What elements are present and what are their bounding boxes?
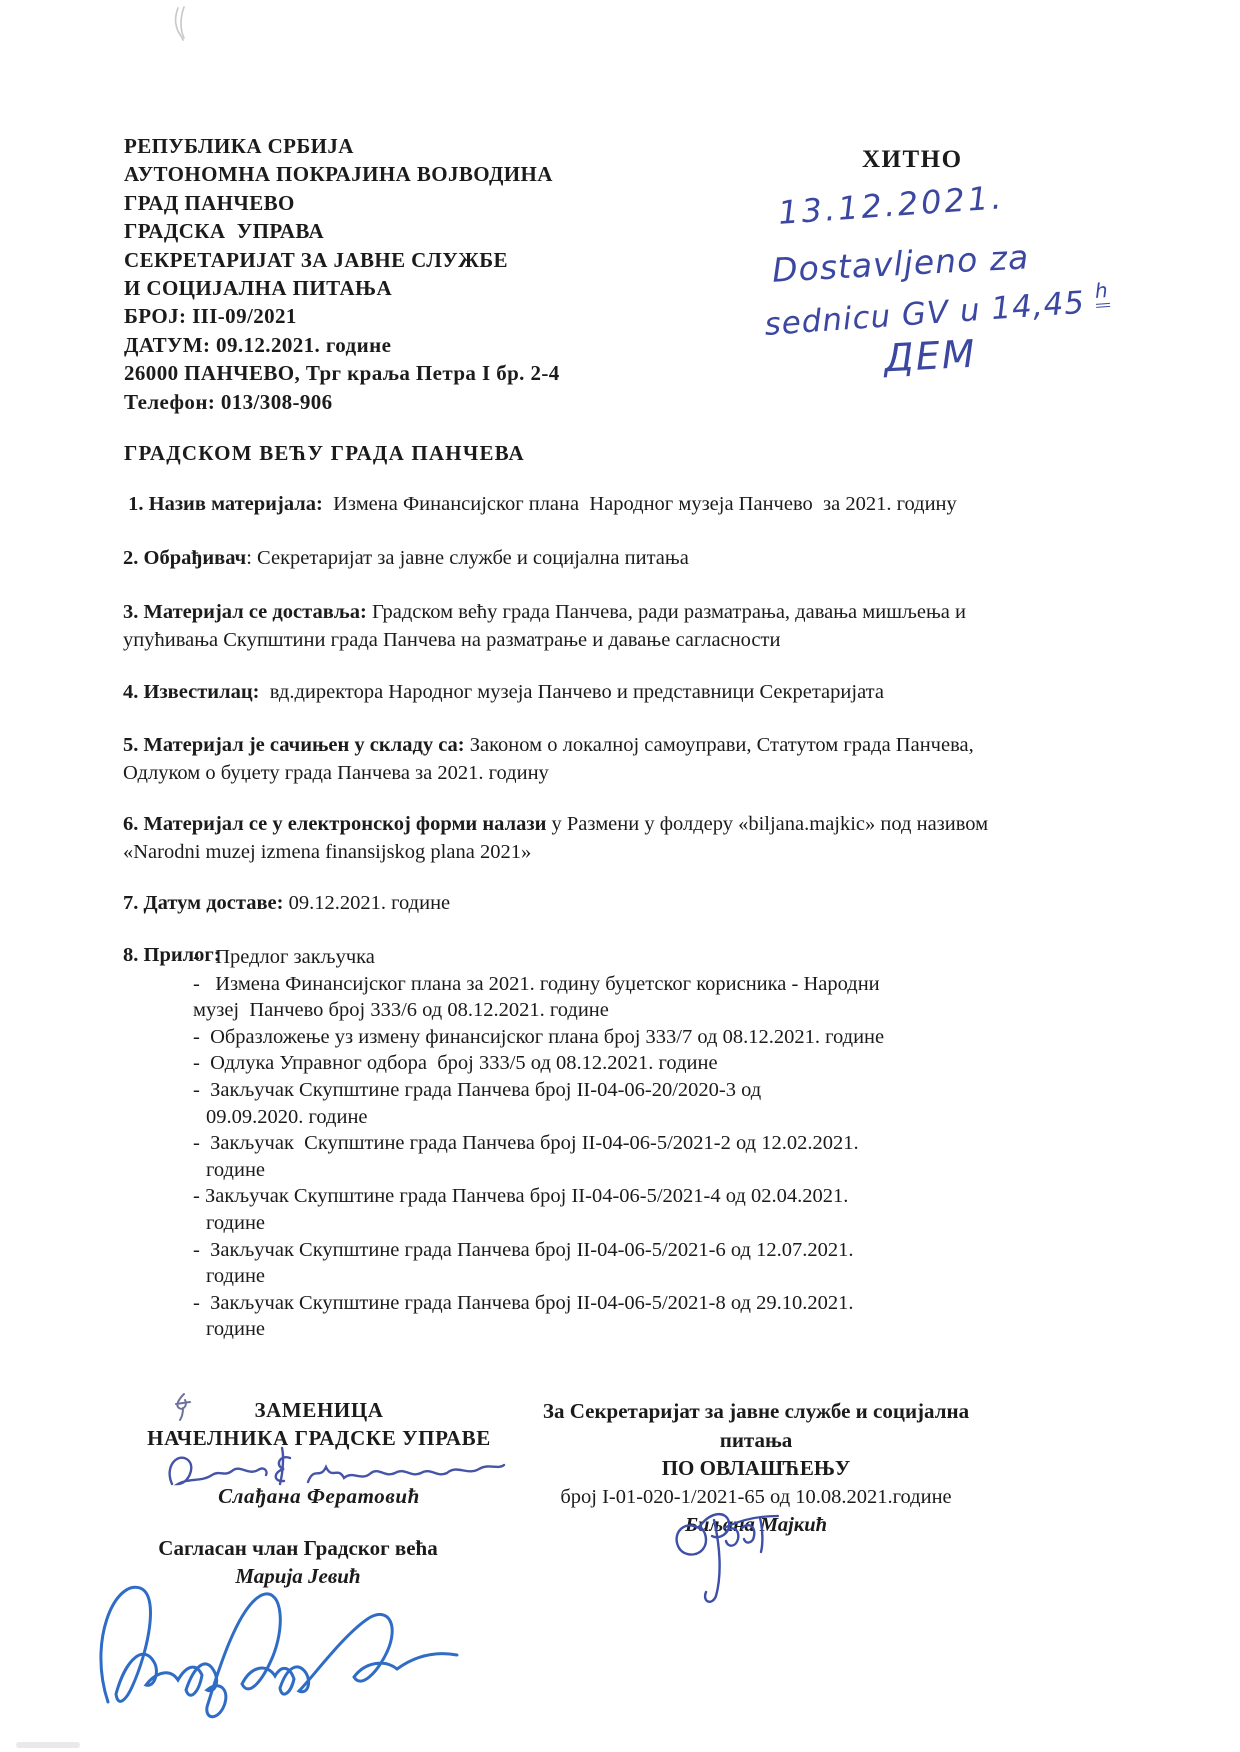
letterhead-line: ГРАД ПАНЧЕВО — [124, 189, 744, 217]
attachment-text: - Измена Финансијског плана за 2021. год… — [193, 973, 880, 995]
attachment-text: - Закључак Скупштине града Панчева број … — [193, 1292, 853, 1314]
item-5-text-line2: Одлуком о буџету града Панчева за 2021. … — [123, 760, 1135, 788]
handwritten-hour-superscript: h — [1094, 278, 1110, 308]
item-2-label: 2. Обрађивач — [123, 547, 246, 569]
item-2-text: : Секретаријат за јавне службе и социјал… — [246, 547, 689, 569]
scan-smudge — [16, 1742, 80, 1748]
item-3-delivered-to: 3. Материјал се доставља: Градском већу … — [123, 599, 1135, 654]
attachment-item: - Закључак Скупштине града Панчева број … — [193, 1183, 1143, 1236]
letterhead-line: И СОЦИЈАЛНА ПИТАЊА — [124, 274, 744, 302]
attachment-text: - Закључак Скупштине града Панчева број … — [193, 1185, 848, 1207]
attachments-list: - Предлог закључка - Измена Финансијског… — [193, 944, 1143, 1343]
secretariat-for-line: За Секретаријат за јавне службе и соција… — [536, 1397, 976, 1454]
item-4-label: 4. Известилац: — [123, 681, 259, 703]
deputy-signature — [162, 1444, 508, 1496]
item-7-delivery-date: 7. Датум доставе: 09.12.2021. године — [123, 890, 1135, 918]
item-6-electronic-form: 6. Материјал се у електронској форми нал… — [123, 811, 1135, 866]
attachment-text: - Закључак Скупштине града Панчева број … — [193, 1079, 761, 1101]
item-3-label: 3. Материјал се доставља: — [123, 601, 367, 623]
attachment-item: - Закључак Скупштине града Панчева број … — [193, 1077, 1143, 1130]
attachment-item: - Закључак Скупштине града Панчева број … — [193, 1237, 1143, 1290]
attachment-text: - Предлог закључка — [193, 946, 375, 968]
attachment-text: - Закључак Скупштине града Панчева број … — [193, 1239, 853, 1261]
attachment-text-cont: године — [193, 1263, 1143, 1290]
item-1-label: 1. Назив материјала: — [123, 493, 323, 515]
letterhead-line: РЕПУБЛИКА СРБИЈА — [124, 132, 744, 160]
item-1-text: Измена Финансијског плана Народног музеј… — [323, 493, 957, 515]
item-5-legal-basis: 5. Материјал је сачињен у складу са: Зак… — [123, 732, 1135, 787]
item-4-text: вд.директора Народног музеја Панчево и п… — [259, 681, 883, 703]
item-6-label: 6. Материјал се у електронској форми нал… — [123, 813, 546, 835]
attachment-text: - Образложење уз измену финансијског пла… — [193, 1026, 884, 1048]
attachment-item: - Одлука Управног одбора број 333/5 од 0… — [193, 1050, 1143, 1077]
item-6-text-line2: «Narodni muzej izmena finansijskog plana… — [123, 839, 1135, 867]
authorized-signature — [668, 1502, 788, 1606]
attachment-item: - Закључак Скупштине града Панчева број … — [193, 1130, 1143, 1183]
item-7-text: 09.12.2021. године — [283, 892, 450, 914]
item-3-text-line2: упућивања Скупштини града Панчева на раз… — [123, 627, 1135, 655]
attachment-text-cont: музеј Панчево број 333/6 од 08.12.2021. … — [193, 997, 1143, 1024]
letterhead-line-number: БРОЈ: III-09/2021 — [124, 302, 744, 330]
letterhead-line-phone: Телефон: 013/308-906 — [124, 388, 744, 416]
attachment-item: - Предлог закључка — [193, 944, 1143, 971]
attachment-text-cont: године — [193, 1157, 1143, 1184]
scanned-document-page: РЕПУБЛИКА СРБИЈА АУТОНОМНА ПОКРАЈИНА ВОЈ… — [0, 0, 1240, 1752]
item-1-material-name: 1. Назив материјала: Измена Финансијског… — [123, 491, 1135, 519]
attachment-text-cont: године — [193, 1210, 1143, 1237]
council-member-signature — [86, 1572, 466, 1732]
agreement-title: Сагласан члан Градског већа — [158, 1536, 437, 1560]
letterhead-line: АУТОНОМНА ПОКРАЈИНА ВОЈВОДИНА — [124, 160, 744, 188]
attachment-text: - Закључак Скупштине града Панчева број … — [193, 1132, 859, 1154]
letterhead-line: ГРАДСКА УПРАВА — [124, 217, 744, 245]
letterhead-line: СЕКРЕТАРИЈАТ ЗА ЈАВНЕ СЛУЖБЕ — [124, 246, 744, 274]
item-6-text: у Размени у фолдеру «biljana.majkic» под… — [546, 813, 988, 835]
stray-pen-mark — [168, 6, 194, 46]
item-5-label: 5. Материјал је сачињен у складу са: — [123, 734, 465, 756]
by-authorization-line: ПО ОВЛАШЋЕЊУ — [536, 1454, 976, 1483]
addressee-line: ГРАДСКОМ ВЕЋУ ГРАДА ПАНЧЕВА — [124, 441, 525, 466]
item-2-processor: 2. Обрађивач: Секретаријат за јавне служ… — [123, 545, 1135, 573]
item-5-text: Законом о локалној самоуправи, Статутом … — [465, 734, 974, 756]
attachment-item: - Закључак Скупштине града Панчева број … — [193, 1290, 1143, 1343]
attachment-text: - Одлука Управног одбора број 333/5 од 0… — [193, 1052, 718, 1074]
item-7-label: 7. Датум доставе: — [123, 892, 283, 914]
item-4-reporter: 4. Известилац: вд.директора Народног муз… — [123, 679, 1135, 707]
attachment-text-cont: године — [193, 1316, 1143, 1343]
attachment-item: - Измена Финансијског плана за 2021. год… — [193, 971, 1143, 1024]
handwritten-initials: ДЕМ — [883, 332, 978, 381]
letterhead-line-address: 26000 ПАНЧЕВО, Трг краља Петра I бр. 2-4 — [124, 359, 744, 387]
letterhead: РЕПУБЛИКА СРБИЈА АУТОНОМНА ПОКРАЈИНА ВОЈ… — [124, 132, 744, 416]
handwritten-date: 13.12.2021. — [777, 178, 1005, 232]
item-3-text: Градском већу града Панчева, ради размат… — [367, 601, 966, 623]
attachment-item: - Образложење уз измену финансијског пла… — [193, 1024, 1143, 1051]
urgent-label: ХИТНО — [862, 146, 963, 174]
letterhead-line-date: ДАТУМ: 09.12.2021. године — [124, 331, 744, 359]
handwritten-note-line1: Dostavljeno za — [771, 237, 1030, 289]
deputy-title-line1: ЗАМЕНИЦА — [254, 1398, 383, 1422]
attachment-text-cont: 09.09.2020. године — [193, 1104, 1143, 1131]
